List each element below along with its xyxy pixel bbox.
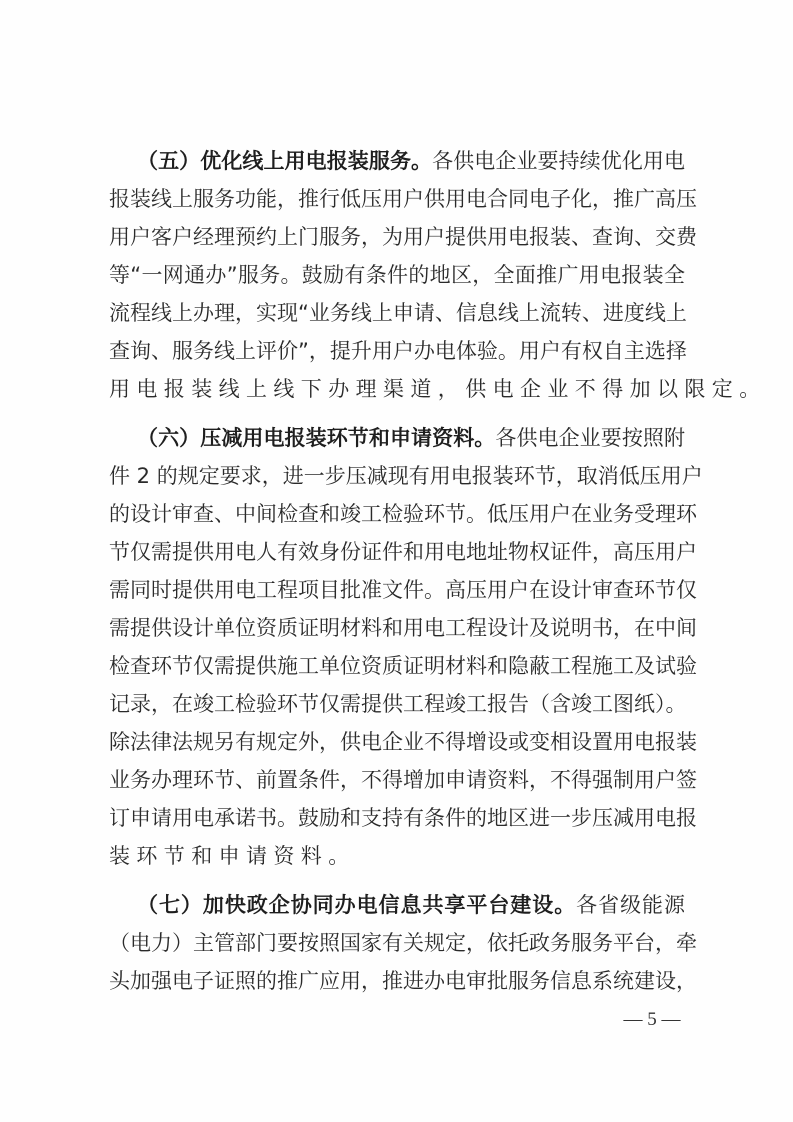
section-six-text: 各供电企业要按照附 bbox=[495, 426, 685, 450]
section-six-line-3: 的设计审查、中间检查和竣工检验环节。低压用户在业务受理环 bbox=[109, 499, 685, 529]
section-five-line-4: 等“一网通办”服务。鼓励有条件的地区，全面推广用电报装全 bbox=[109, 260, 685, 290]
document-page: （五）优化线上用电报装服务。各供电企业要持续优化用电 报装线上服务功能，推行低压… bbox=[0, 0, 793, 1122]
section-six-line-8: 记录，在竣工检验环节仅需提供工程竣工报告（含竣工图纸）。 bbox=[109, 689, 685, 719]
section-five-line-2: 报装线上服务功能，推行低压用户供用电合同电子化，推广高压 bbox=[109, 184, 685, 214]
section-six-line-12: 装环节和申请资料。 bbox=[109, 841, 685, 871]
section-six-line-2: 件 2 的规定要求，进一步压减现有用电报装环节，取消低压用户 bbox=[109, 461, 685, 491]
section-five-line-3: 用户客户经理预约上门服务，为用户提供用电报装、查询、交费 bbox=[109, 222, 685, 252]
section-seven-heading: （七）加快政企协同办电信息共享平台建设。 bbox=[137, 893, 576, 917]
section-six-line-11: 订申请用电承诺书。鼓励和支持有条件的地区进一步压减用电报 bbox=[109, 803, 685, 833]
section-six-line-1: （六）压减用电报装环节和申请资料。各供电企业要按照附 bbox=[137, 423, 685, 453]
section-six-line-5: 需同时提供用电工程项目批准文件。高压用户在设计审查环节仅 bbox=[109, 575, 685, 605]
section-five-text: 各供电企业要持续优化用电 bbox=[432, 149, 685, 173]
page-number: — 5 — bbox=[612, 1006, 692, 1034]
section-six-line-10: 业务办理环节、前置条件，不得增加申请资料，不得强制用户签 bbox=[109, 765, 685, 795]
section-seven-line-3: 头加强电子证照的推广应用，推进办电审批服务信息系统建设， bbox=[109, 966, 685, 996]
section-six-line-7: 检查环节仅需提供施工单位资质证明材料和隐蔽工程施工及试验 bbox=[109, 651, 685, 681]
section-seven-text: 各省级能源 bbox=[576, 893, 685, 917]
section-six-heading: （六）压减用电报装环节和申请资料。 bbox=[137, 426, 495, 450]
section-five-line-5: 流程线上办理，实现“业务线上申请、信息线上流转、进度线上 bbox=[109, 298, 685, 328]
section-six-line-4: 节仅需提供用电人有效身份证件和用电地址物权证件，高压用户 bbox=[109, 537, 685, 567]
section-six-line-9: 除法律法规另有规定外，供电企业不得增设或变相设置用电报装 bbox=[109, 727, 685, 757]
section-six-line-6: 需提供设计单位资质证明材料和用电工程设计及说明书，在中间 bbox=[109, 613, 685, 643]
section-five-line-7: 用电报装线上线下办理渠道，供电企业不得加以限定。 bbox=[109, 374, 685, 404]
section-seven-line-1: （七）加快政企协同办电信息共享平台建设。各省级能源 bbox=[137, 890, 685, 920]
section-seven-line-2: （电力）主管部门要按照国家有关规定，依托政务服务平台，牵 bbox=[109, 928, 685, 958]
section-five-heading: （五）优化线上用电报装服务。 bbox=[137, 149, 432, 173]
section-five-line-1: （五）优化线上用电报装服务。各供电企业要持续优化用电 bbox=[137, 146, 685, 176]
section-five-line-6: 查询、服务线上评价”，提升用户办电体验。用户有权自主选择 bbox=[109, 336, 685, 366]
